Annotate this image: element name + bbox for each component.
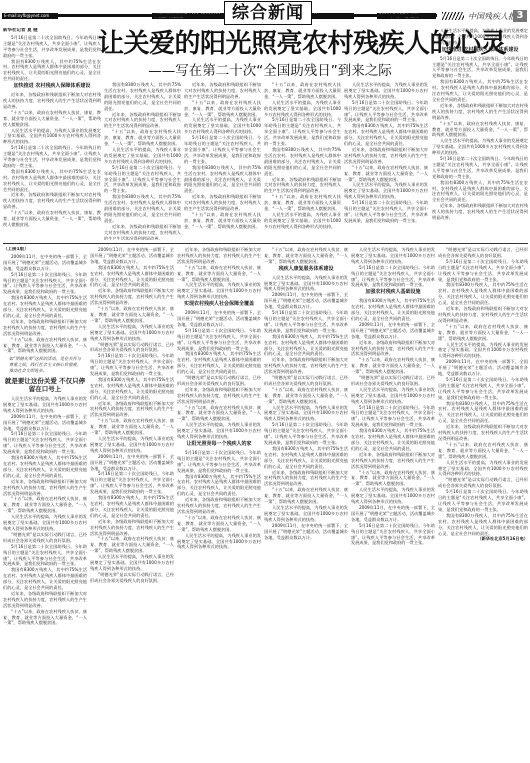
lower-column-6: “明德光荣”是以实际行动践行诺言，已经形成社会各界关爱残疾人的良好氛围。 5月1… bbox=[438, 247, 528, 761]
lower-subhead: 就是要让这份关爱 不仅只停留在口号上 bbox=[3, 377, 87, 393]
article-column-3: 近年来，各级政府和残联组织不断加大对农村残疾人的扶持力度，农村残疾人的生产生活状… bbox=[184, 82, 261, 240]
pull-quote: 如“明德光荣”这样的活动，是在关怀与尊重之间，践行社会主义核心价值观，推动社会文… bbox=[3, 356, 87, 374]
decorative-stripes-icon bbox=[442, 12, 464, 20]
lower-column-4: “十五”以来，政府在农村残疾人扶贫、康复、教育、就业等方面投入大量资金，“一人一… bbox=[264, 247, 348, 761]
masthead-logo: 中国残疾人报 bbox=[468, 11, 516, 22]
article-column-5: 人民生活水平的提高，为残疾人事业的发展奠定了坚实基础。全国共有1000多万农村残… bbox=[344, 82, 428, 240]
lower-subhead: 实现农村残疾人社会保障全覆盖 bbox=[177, 302, 261, 308]
article-column-1: 新华社记者 夏 健 5月16日是第二十次全国助残日。今年助残日的主题是“关注农村… bbox=[3, 28, 101, 240]
article-column-4: “十五”以来，政府在农村残疾人扶贫、康复、教育、就业等方面投入大量资金，“一人一… bbox=[264, 82, 341, 240]
page-number-badge: 3 bbox=[513, 10, 527, 22]
main-subheadline: ——写在第二十次“全国助残日”到来之际 bbox=[100, 63, 440, 79]
section-divider bbox=[3, 243, 528, 244]
header-email: E-mail:xyfb@ynet.com bbox=[2, 13, 58, 19]
header-rule-right bbox=[312, 14, 437, 17]
lower-column-5: 人民生活水平的提高，为残疾人事业的发展奠定了坚实基础。全国共有1000多万农村残… bbox=[351, 247, 435, 761]
lower-column-1: （上接1版） 2009年11月，在中央的统一部署下，全国开展了“明德光荣”主题活… bbox=[3, 247, 87, 761]
lower-column-2: 2009年11月，在中央的统一部署下，全国开展了“明德光荣”主题活动，活动覆盖城… bbox=[90, 247, 174, 761]
article-column-6: 人民生活水平的提高，为残疾人事业的发展奠定了坚实基础。全国共有1000多万农村残… bbox=[432, 28, 528, 240]
header-rule-left bbox=[54, 14, 224, 17]
section-title: 综合新闻 bbox=[224, 1, 312, 25]
main-headline: 让关爱的阳光照亮农村残疾人的心灵 bbox=[98, 29, 438, 59]
lower-subhead: 加强农村残疾人基础设施 bbox=[351, 290, 435, 296]
lower-column-3: 近年来，各级政府和残联组织不断加大对农村残疾人的扶持力度，农村残疾人的生产生活状… bbox=[177, 247, 261, 761]
byline: 新华社记者 夏 健 bbox=[3, 28, 101, 34]
column-subhead: 加快推进 农村残疾人保障体系建设 bbox=[432, 48, 528, 54]
footer-credit: （新华社北京5月16日电） bbox=[438, 536, 528, 542]
lower-subhead: 残疾人康复服务体系建设 bbox=[264, 267, 348, 273]
article-column-2: 我国有8300万残疾人，其中约75%生活在农村。农村残疾人是残疾人群体中最困难的… bbox=[104, 82, 181, 240]
